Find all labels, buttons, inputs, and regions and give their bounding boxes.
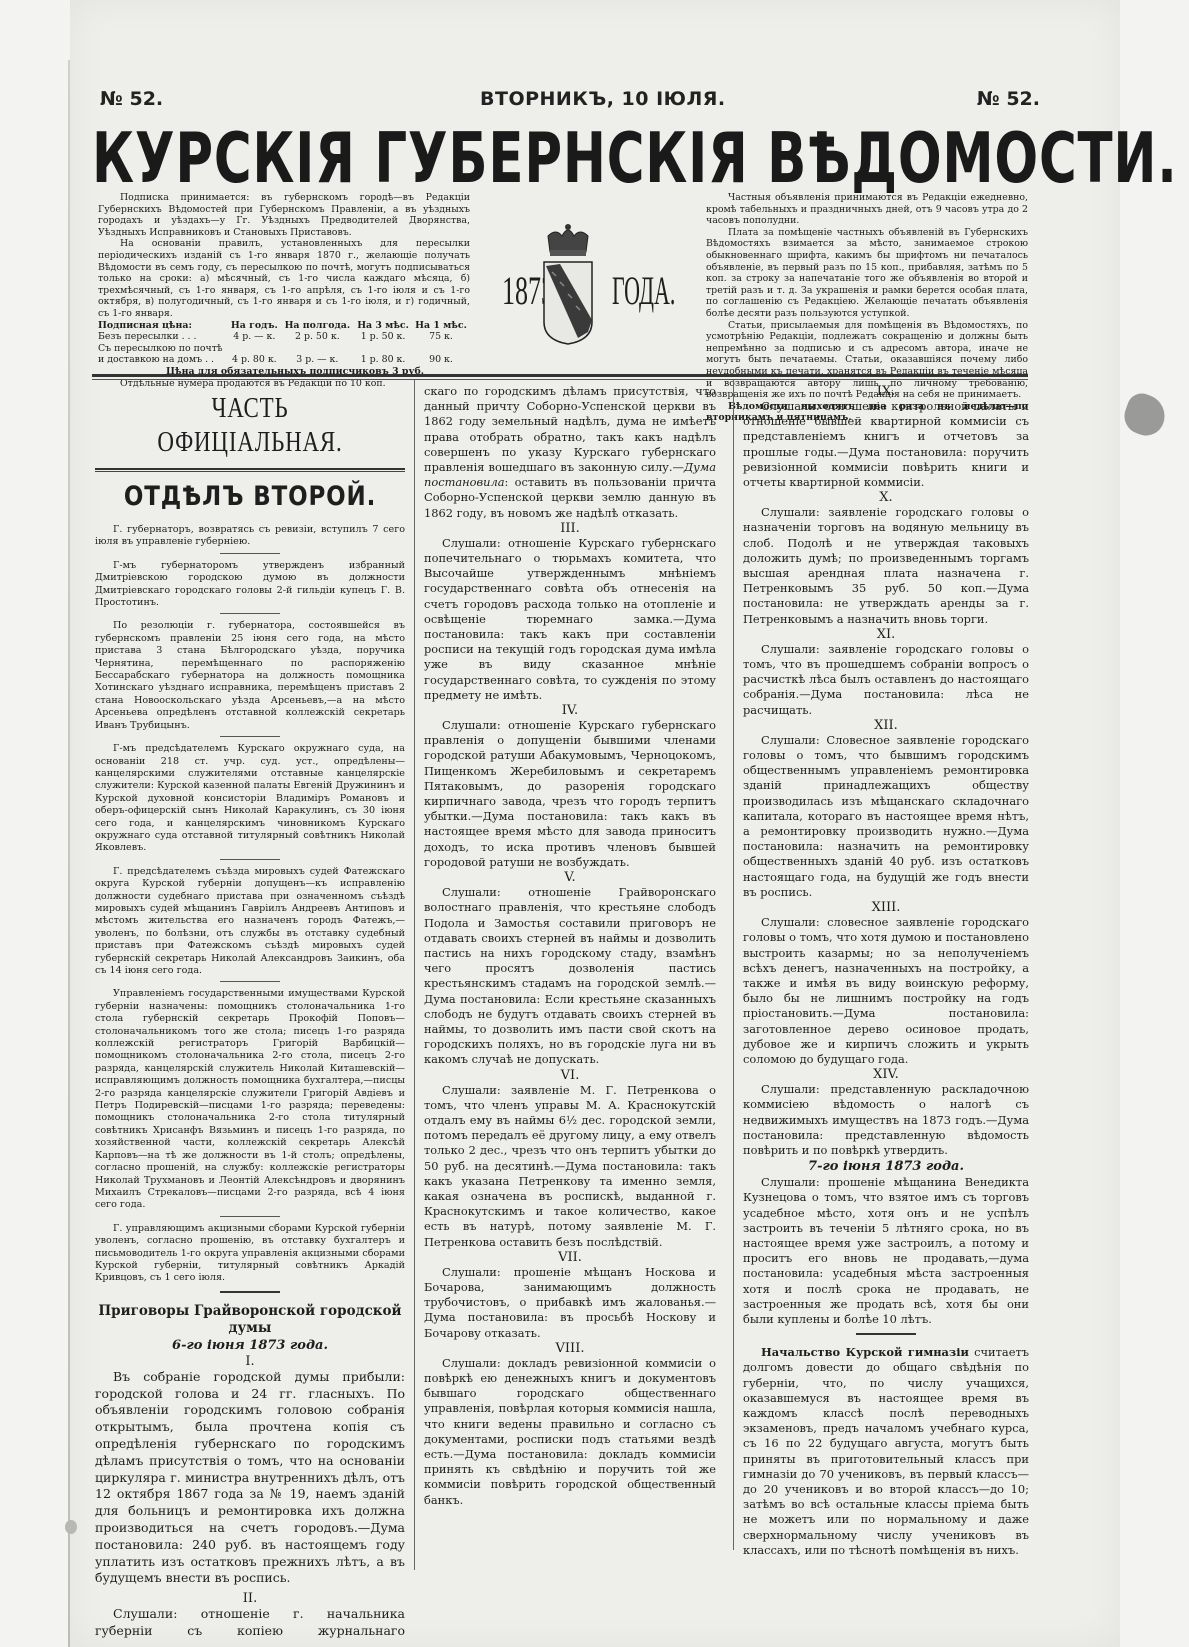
section-number: XI. bbox=[743, 627, 1029, 642]
price-cell: и доставкою на домъ . . bbox=[98, 354, 228, 366]
price-cell: Съ пересылкою по почтѣ bbox=[98, 343, 470, 355]
subscription-terms: На основаніи правилъ, установленныхъ для… bbox=[98, 238, 470, 319]
column-2: скаго по городскимъ дѣламъ присутствія, … bbox=[424, 384, 716, 1508]
separator bbox=[220, 981, 280, 982]
verdict-text-continued: скаго по городскимъ дѣламъ присутствія, … bbox=[424, 384, 716, 521]
section-rule bbox=[95, 468, 405, 470]
section-number: I. bbox=[95, 1354, 405, 1369]
masthead-topline: № 52. ВТОРНИКЪ, 10 ІЮЛЯ. № 52. bbox=[100, 88, 1040, 118]
page-edge bbox=[68, 60, 70, 1647]
masthead-rule bbox=[92, 379, 1028, 380]
column-1: ЧАСТЬ ОФИЦІАЛЬНАЯ. ОТДѢЛЪ ВТОРОЙ. Г. губ… bbox=[95, 384, 405, 1644]
verdict-text: Слушали: заявленіе городскаго головы о т… bbox=[743, 642, 1029, 718]
section-heading: ЧАСТЬ ОФИЦІАЛЬНАЯ. bbox=[123, 392, 377, 460]
price-cell: 4 р. 80 к. bbox=[228, 354, 281, 366]
verdict-text: Слушали: прошеніе мѣщанина Венедикта Куз… bbox=[743, 1175, 1029, 1327]
price-table: Подписная цѣна: На годъ. На полгода. На … bbox=[98, 320, 470, 366]
separator bbox=[220, 1216, 280, 1217]
section-number: V. bbox=[424, 870, 716, 885]
subscription-info: Подписка принимается: въ губернскомъ гор… bbox=[98, 192, 470, 389]
paper-stain bbox=[65, 1520, 77, 1534]
separator bbox=[220, 859, 280, 860]
separator bbox=[220, 553, 280, 554]
verdict-text: Слушали: заявленіе городскаго головы о н… bbox=[743, 505, 1029, 627]
verdict-text: Слушали. отношеніе контрольной палаты и … bbox=[743, 399, 1029, 490]
section-number: XIII. bbox=[743, 900, 1029, 915]
section-number: VII. bbox=[424, 1250, 716, 1265]
price-cell: 1 р. 80 к. bbox=[354, 354, 412, 366]
kursk-coat-of-arms-icon bbox=[542, 222, 594, 347]
paper-stain bbox=[1119, 389, 1170, 440]
issue-date: ВТОРНИКЪ, 10 ІЮЛЯ. bbox=[480, 88, 726, 110]
section-number: IV. bbox=[424, 703, 716, 718]
article-title: Приговоры Грайворонской городской думы bbox=[95, 1303, 405, 1337]
separator bbox=[220, 736, 280, 737]
gymnasium-lead: Начальство Курской гимназіи bbox=[761, 1345, 969, 1359]
section-number: IX. bbox=[743, 384, 1029, 399]
official-notice: По резолюціи г. губернатора, состоявшейс… bbox=[95, 620, 405, 732]
verdict-text: Слушали: словесное заявленіе городскаго … bbox=[743, 915, 1029, 1067]
ads-rates: Плата за помѣщеніе частныхъ объявленій в… bbox=[706, 227, 1028, 320]
verdict-text: Въ собраніе городской думы прибыли: горо… bbox=[95, 1369, 405, 1587]
official-notice: Г. губернаторъ, возвратясь съ ревизіи, в… bbox=[95, 524, 405, 549]
verdict-text: Слушали: отношеніе Курскаго губернскаго … bbox=[424, 718, 716, 870]
price-header: На 3 мѣс. bbox=[354, 320, 412, 332]
official-notice: Г. управляющимъ акцизными сборами Курско… bbox=[95, 1223, 405, 1285]
verdict-text: Слушали: заявленіе М. Г. Петренкова о то… bbox=[424, 1083, 716, 1250]
section-number: VIII. bbox=[424, 1341, 716, 1356]
column-divider bbox=[733, 380, 734, 1550]
year-suffix: ГОДА. bbox=[612, 267, 675, 314]
price-row: и доставкою на домъ . . 4 р. 80 к. 3 р. … bbox=[98, 354, 470, 366]
price-cell: 1 р. 50 к. bbox=[354, 331, 412, 343]
price-cell: 4 р. — к. bbox=[228, 331, 281, 343]
column-divider bbox=[414, 380, 415, 1570]
verdict-text: Слушали: докладъ ревизіонной коммисіи о … bbox=[424, 1356, 716, 1508]
issue-number-right: № 52. bbox=[977, 88, 1040, 110]
price-header: На полгода. bbox=[281, 320, 354, 332]
official-notice: Г-мъ губернаторомъ утвержденъ избранный … bbox=[95, 560, 405, 610]
section-number: XII. bbox=[743, 718, 1029, 733]
separator bbox=[220, 1291, 280, 1293]
separator bbox=[220, 613, 280, 614]
section-number: X. bbox=[743, 490, 1029, 505]
price-cell: 90 к. bbox=[412, 354, 470, 366]
price-cell: Безъ пересылки . . . bbox=[98, 331, 228, 343]
column-3: IX. Слушали. отношеніе контрольной палат… bbox=[743, 384, 1029, 1558]
ads-hours: Частныя объявленія принимаются въ Редакц… bbox=[706, 192, 1028, 227]
separator bbox=[856, 1333, 916, 1335]
masthead-rule bbox=[92, 374, 1028, 377]
masthead-emblem: 1873 ГОДА. bbox=[502, 222, 652, 352]
section-number: XIV. bbox=[743, 1067, 1029, 1082]
verdict-text: Слушали: отношеніе Курскаго губернскаго … bbox=[424, 536, 716, 703]
section-number: II. bbox=[95, 1591, 405, 1606]
section-rule bbox=[95, 471, 405, 472]
gymnasium-notice: Начальство Курской гимназіи считаетъ дол… bbox=[743, 1345, 1029, 1558]
official-notice: Г-мъ предсѣдателемъ Курскаго окружнаго с… bbox=[95, 743, 405, 855]
department-heading: ОТДѢЛЪ ВТОРОЙ. bbox=[118, 480, 382, 514]
verdict-text: Слушали: представленную раскладочною ком… bbox=[743, 1082, 1029, 1158]
verdict-text: Слушали: прошеніе мѣщанъ Носкова и Бочар… bbox=[424, 1265, 716, 1341]
price-row: Безъ пересылки . . . 4 р. — к. 2 р. 50 к… bbox=[98, 331, 470, 343]
verdict-text: Слушали: Словесное заявленіе городскаго … bbox=[743, 733, 1029, 900]
article-date: 7-го іюня 1873 года. bbox=[743, 1158, 1029, 1175]
official-notice: Управленіемъ государственными имуществам… bbox=[95, 988, 405, 1211]
article-date: 6-го іюня 1873 года. bbox=[95, 1337, 405, 1354]
section-number: III. bbox=[424, 521, 716, 536]
price-cell: 3 р. — к. bbox=[281, 354, 354, 366]
price-cell: 2 р. 50 к. bbox=[281, 331, 354, 343]
verdict-text: Слушали: отношеніе Грайворонскаго волост… bbox=[424, 885, 716, 1067]
subscription-where: Подписка принимается: въ губернскомъ гор… bbox=[98, 192, 470, 238]
price-header: На годъ. bbox=[228, 320, 281, 332]
price-cell: 75 к. bbox=[412, 331, 470, 343]
section-number: VI. bbox=[424, 1068, 716, 1083]
price-header: На 1 мѣс. bbox=[412, 320, 470, 332]
newspaper-title: КУРСКІЯ ГУБЕРНСКІЯ ВѢДОМОСТИ. bbox=[92, 122, 856, 196]
gymnasium-text: считаетъ долгомъ довести до общаго свѣдѣ… bbox=[743, 1345, 1029, 1557]
issue-number-left: № 52. bbox=[100, 88, 163, 110]
price-row: Съ пересылкою по почтѣ bbox=[98, 343, 470, 355]
verdict-text: Слушали: отношеніе г. начальника губерні… bbox=[95, 1606, 405, 1640]
official-notice: Г. предсѣдателемъ съѣзда мировыхъ судей … bbox=[95, 866, 405, 978]
price-header: Подписная цѣна: bbox=[98, 320, 228, 332]
